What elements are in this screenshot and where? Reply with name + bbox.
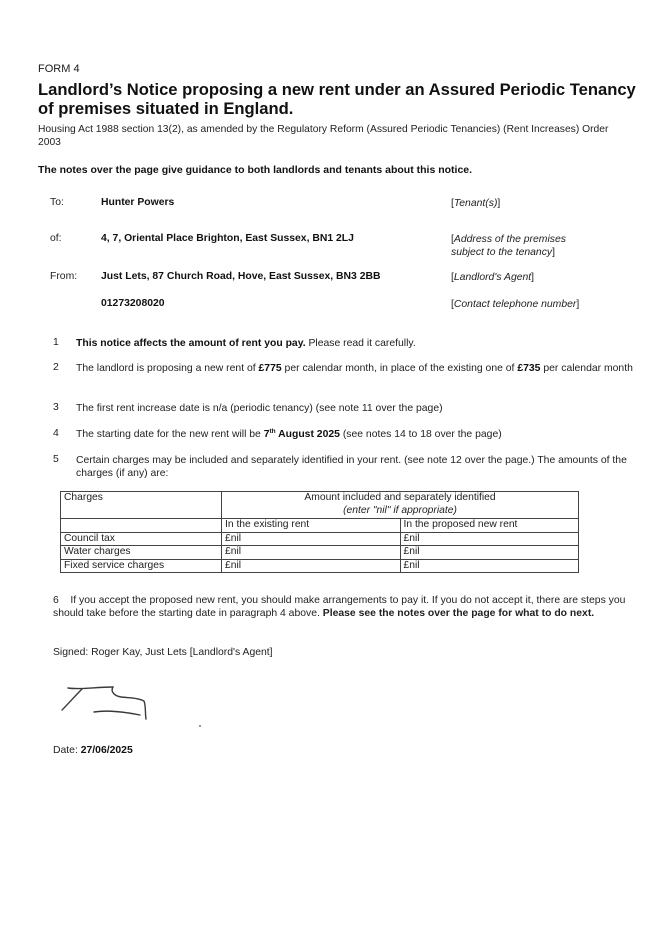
phone-hint-text: Contact telephone number bbox=[454, 299, 576, 310]
form-number: FORM 4 bbox=[38, 63, 80, 75]
existing-amount: £nil bbox=[222, 532, 401, 546]
table-row: Fixed service charges £nil £nil bbox=[61, 559, 579, 573]
item-4-text: The starting date for the new rent will … bbox=[76, 428, 636, 441]
table-subheader-row: In the existing rent In the proposed new… bbox=[61, 519, 579, 533]
signed-by: Signed: Roger Kay, Just Lets [Landlord's… bbox=[53, 647, 273, 658]
premises-address: 4, 7, Oriental Place Brighton, East Suss… bbox=[101, 233, 354, 244]
start-date: 7th August 2025 bbox=[264, 429, 340, 440]
existing-rent-amount: £735 bbox=[517, 363, 540, 374]
charge-name: Fixed service charges bbox=[61, 559, 222, 573]
paragraph-6: 6 If you accept the proposed new rent, y… bbox=[53, 594, 633, 620]
signature-image bbox=[55, 680, 165, 730]
charge-name: Water charges bbox=[61, 546, 222, 560]
address-hint: [Address of the premises subject to the … bbox=[451, 233, 601, 259]
item-4-post: (see notes 14 to 18 over the page) bbox=[340, 429, 502, 440]
proposed-amount: £nil bbox=[400, 546, 579, 560]
paragraph-6-bold: Please see the notes over the page for w… bbox=[323, 608, 594, 619]
tenant-hint-text: Tenant(s) bbox=[454, 198, 498, 209]
guidance-notice: The notes over the page give guidance to… bbox=[38, 164, 472, 176]
item-number: 5 bbox=[53, 454, 59, 465]
table-row: Council tax £nil £nil bbox=[61, 532, 579, 546]
item-4-pre: The starting date for the new rent will … bbox=[76, 429, 264, 440]
start-month-year: August 2025 bbox=[276, 429, 340, 440]
header-existing: In the existing rent bbox=[222, 519, 401, 533]
header-proposed: In the proposed new rent bbox=[400, 519, 579, 533]
tenant-hint: [Tenant(s)] bbox=[451, 197, 621, 210]
to-label: To: bbox=[50, 197, 64, 208]
item-1-text: This notice affects the amount of rent y… bbox=[76, 337, 636, 350]
proposed-amount: £nil bbox=[400, 559, 579, 573]
header-amount-title: Amount included and separately identifie… bbox=[225, 492, 575, 505]
item-3-text: The first rent increase date is n/a (per… bbox=[76, 402, 636, 415]
phone-hint: [Contact telephone number] bbox=[451, 298, 621, 311]
address-hint-text: Address of the premises subject to the t… bbox=[451, 234, 566, 258]
item-number: 1 bbox=[53, 337, 59, 348]
legislation-reference: Housing Act 1988 section 13(2), as amend… bbox=[38, 124, 628, 149]
charge-name: Council tax bbox=[61, 532, 222, 546]
existing-amount: £nil bbox=[222, 546, 401, 560]
existing-amount: £nil bbox=[222, 559, 401, 573]
header-charges: Charges bbox=[61, 492, 222, 519]
empty-cell bbox=[61, 519, 222, 533]
item-1-rest: Please read it carefully. bbox=[306, 338, 416, 349]
agent-address: Just Lets, 87 Church Road, Hove, East Su… bbox=[101, 271, 380, 282]
table-header-row: Charges Amount included and separately i… bbox=[61, 492, 579, 519]
item-2-mid: per calendar month, in place of the exis… bbox=[282, 363, 518, 374]
item-number: 2 bbox=[53, 362, 59, 373]
item-1-bold: This notice affects the amount of rent y… bbox=[76, 338, 306, 349]
charges-table: Charges Amount included and separately i… bbox=[60, 491, 579, 573]
proposed-amount: £nil bbox=[400, 532, 579, 546]
ink-dot bbox=[199, 725, 201, 727]
header-amount: Amount included and separately identifie… bbox=[222, 492, 579, 519]
item-5-text: Certain charges may be included and sepa… bbox=[76, 454, 636, 480]
contact-phone: 01273208020 bbox=[101, 298, 165, 309]
item-2-pre: The landlord is proposing a new rent of bbox=[76, 363, 259, 374]
from-label: From: bbox=[50, 271, 77, 282]
item-number: 6 bbox=[53, 595, 59, 606]
table-row: Water charges £nil £nil bbox=[61, 546, 579, 560]
item-2-text: The landlord is proposing a new rent of … bbox=[76, 362, 636, 375]
item-2-post: per calendar month bbox=[540, 363, 632, 374]
date-value: 27/06/2025 bbox=[81, 745, 133, 756]
tenant-name: Hunter Powers bbox=[101, 197, 174, 208]
of-label: of: bbox=[50, 233, 62, 244]
date-label: Date: bbox=[53, 745, 81, 756]
document-title: Landlord’s Notice proposing a new rent u… bbox=[38, 80, 638, 118]
agent-hint: [Landlord's Agent] bbox=[451, 271, 621, 284]
signature-date: Date: 27/06/2025 bbox=[53, 745, 133, 756]
item-number: 4 bbox=[53, 428, 59, 439]
item-number: 3 bbox=[53, 402, 59, 413]
new-rent-amount: £775 bbox=[259, 363, 282, 374]
agent-hint-text: Landlord's Agent bbox=[454, 272, 531, 283]
header-amount-subtitle: (enter "nil" if appropriate) bbox=[225, 505, 575, 518]
